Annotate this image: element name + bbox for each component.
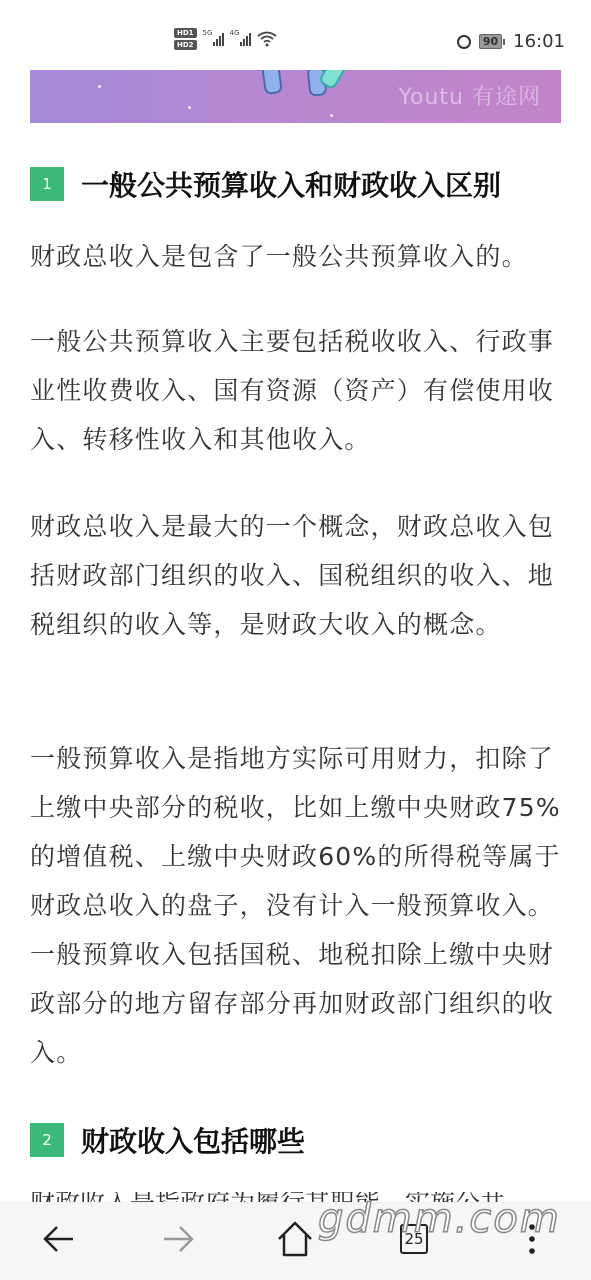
section-title: 财政收入包括哪些	[81, 1120, 305, 1160]
sim1-hd-icon: HD1	[174, 28, 197, 38]
wifi-icon	[257, 31, 277, 47]
paragraph: 财政总收入是包含了一般公共预算收入的。	[30, 232, 565, 281]
sim-indicators: HD1 HD2	[174, 28, 197, 50]
banner-logo: Youtu 有途网	[399, 80, 541, 111]
home-button[interactable]	[273, 1217, 317, 1261]
status-bar: HD1 HD2 5G 4G 90 16:01	[0, 0, 591, 60]
watermark: gdmm.com	[318, 1196, 561, 1242]
signal-5g-icon: 5G	[203, 32, 224, 46]
alarm-icon	[457, 35, 471, 49]
section-heading-1: 1 一般公共预算收入和财政收入区别	[30, 164, 501, 204]
arrow-left-icon	[41, 1221, 77, 1257]
arrow-right-icon	[160, 1221, 196, 1257]
home-icon	[275, 1219, 315, 1259]
sim2-hd-icon: HD2	[174, 40, 197, 50]
back-button[interactable]	[37, 1217, 81, 1261]
status-left: HD1 HD2 5G 4G	[174, 28, 277, 50]
section-title: 一般公共预算收入和财政收入区别	[81, 164, 501, 204]
section-heading-2: 2 财政收入包括哪些	[30, 1120, 305, 1160]
status-right: 90 16:01	[457, 31, 565, 52]
section-number-badge: 2	[30, 1123, 64, 1157]
clock: 16:01	[513, 31, 565, 52]
article-banner-image: Youtu 有途网	[30, 70, 561, 123]
battery-level: 90	[479, 34, 502, 49]
battery-icon: 90	[479, 34, 505, 49]
paragraph: 财政总收入是最大的一个概念，财政总收入包括财政部门组织的收入、国税组织的收入、地…	[30, 502, 565, 649]
signal-4g-icon: 4G	[230, 32, 251, 46]
paragraph: 一般公共预算收入主要包括税收收入、行政事业性收费收入、国有资源（资产）有偿使用收…	[30, 317, 565, 464]
illustration-shoe-icon	[261, 70, 283, 95]
section-number-badge: 1	[30, 167, 64, 201]
forward-button[interactable]	[156, 1217, 200, 1261]
paragraph: 一般预算收入是指地方实际可用财力，扣除了上缴中央部分的税收，比如上缴中央财政75…	[30, 734, 565, 1077]
